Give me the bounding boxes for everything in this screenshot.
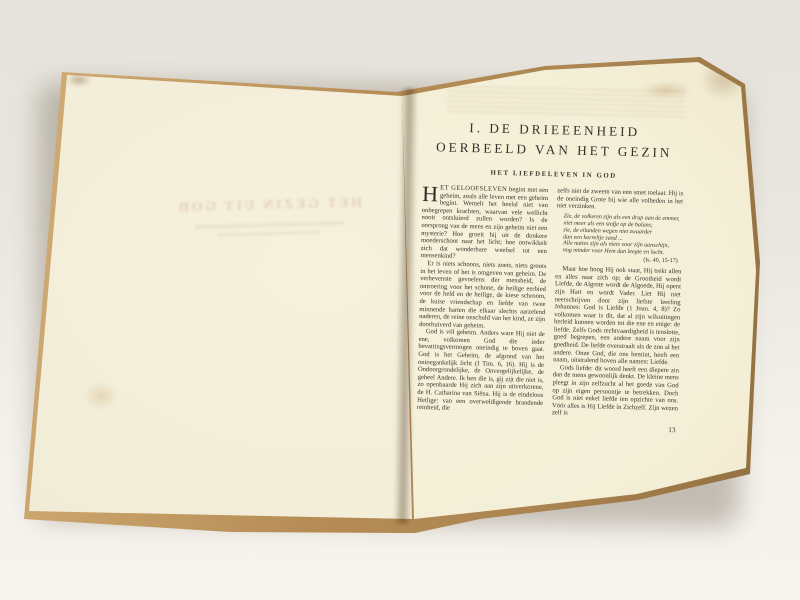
chapter-heading-line-1: I. DE DRIEEENHEID [424, 119, 686, 141]
page-number: 13 [551, 424, 677, 435]
paragraph-text: begint met een geheim, zoals alle leven … [421, 186, 549, 260]
ghost-title-text: HET GEZIN UIT GOD [152, 195, 387, 218]
quote-citation: (Is. 40, 15-17) [563, 256, 682, 266]
text-columns: HET GELOOFSLEVEN begint met een geheim, … [416, 184, 684, 435]
paragraph: God is vól geheim. Anders ware Hij niet … [417, 328, 545, 415]
foxing-spot [640, 82, 692, 98]
ghost-text-line [195, 221, 345, 229]
paragraph: HET GELOOFSLEVEN begint met een geheim, … [421, 184, 549, 263]
section-heading: HET LIEFDELEVEN IN GOD [423, 168, 685, 181]
right-page-content: I. DE DRIEEENHEID OERBEELD VAN HET GEZIN… [416, 119, 685, 435]
scripture-quote: Zie, de volkeren zijn als een drup aan d… [563, 213, 683, 265]
ghost-text-line [218, 230, 322, 236]
paragraph: Gods liefde: dit woord heeft een diepere… [552, 364, 679, 420]
paragraph: zelfs niet de zweem van een smet toelaat… [557, 187, 684, 213]
drop-cap: H [422, 184, 440, 203]
text-column-right: zelfs niet de zweem van een smet toelaat… [551, 187, 683, 435]
foxing-spot [84, 382, 118, 410]
paragraph: Er is niets schoons, niets zoets, niets … [419, 260, 547, 331]
show-through-ghost: HET GEZIN UIT GOD [152, 195, 388, 239]
paragraph: Maar hoe hoog Hij ook staat, Hij trekt a… [553, 265, 681, 367]
text-column-left: HET GELOOFSLEVEN begint met een geheim, … [416, 184, 548, 432]
chapter-heading-line-2: OERBEELD VAN HET GEZIN [423, 139, 685, 161]
